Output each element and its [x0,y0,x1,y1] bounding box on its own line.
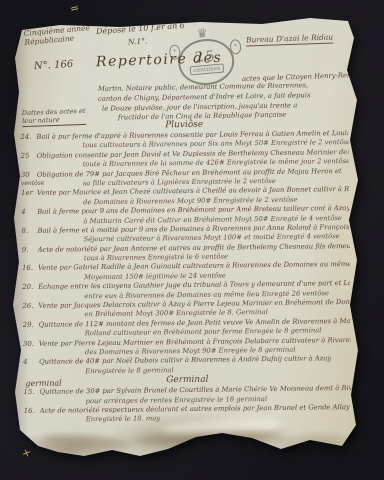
bureau-name: Bureau D'azai le Ridau [246,32,334,46]
entry-list: Pluviôse 24. Bail à pur ferme d'appré à … [20,118,352,426]
entry-number: 4 [23,358,39,377]
paper-sheet: Cinquième année Républicaine Déposé le 1… [12,16,360,458]
entry-month-note: ventôse [21,180,37,188]
entry-number: 25 [21,152,37,171]
entry-number-label: 25 [21,152,37,162]
entry-number-label: 30 [21,170,37,180]
manuscript-page: Cinquième année Républicaine Déposé le 1… [0,0,384,480]
entry-number: 20. [22,283,38,302]
entry-number: 30 ventôse [21,170,37,189]
entry-number: 4 [21,208,37,227]
pluviose-entries: 24. Bail à pur ferme d'appré à Rivarenne… [20,129,351,377]
entry-number: 8. [21,227,37,246]
entry-number-label: 9. [22,245,38,255]
section-heading-label: Germinal [166,375,208,386]
entry-number-label: 15. [23,388,39,398]
crumple-shadow [132,429,282,446]
entry-number: 29. [23,321,39,340]
republican-year-note: Cinquième année Républicaine [23,23,91,47]
entry-number: 16. [24,407,40,426]
deposit-number: N.1°. [128,36,148,46]
scan-background: ≈ × Cinquième année Républicaine Déposé … [0,0,384,480]
entry-number-label: 24. [20,133,36,143]
entry-number: 15. [23,388,39,407]
entry-number: 24. [20,133,36,152]
entry-number-label: 1er [21,189,37,199]
entry-number-label: 30. [23,339,39,349]
entry-number-label: 20. [22,283,38,293]
entry-number-label: 4 [23,358,39,368]
section-heading-label: Pluviôse [165,120,203,130]
germinal-entries: 15. Quittance de 30# par Sylvain Brunel … [23,384,351,426]
entry-number-label: 4 [21,208,37,218]
document-number: N°. 166 [34,59,74,72]
entry-number-label: 26. [22,302,38,312]
entry-number: 26. [22,302,38,321]
crumple-shadow [42,434,133,451]
entry-number: 1er [21,189,37,208]
entry-number: 9. [22,245,38,264]
entry-text: Acte de notoriété respectueux déclarant … [40,403,352,426]
repertoire-entry: 16. Acte de notoriété respectueux déclar… [24,403,352,426]
entry-number: 30. [23,339,39,358]
entry-number-label: 29. [23,321,39,331]
entry-number-label: 8. [21,227,37,237]
entry-number-label: 16. [24,407,40,417]
entry-number: 16. [22,264,38,283]
entry-number-label: 16. [22,264,38,274]
margin-month-note: germinal [25,378,61,389]
